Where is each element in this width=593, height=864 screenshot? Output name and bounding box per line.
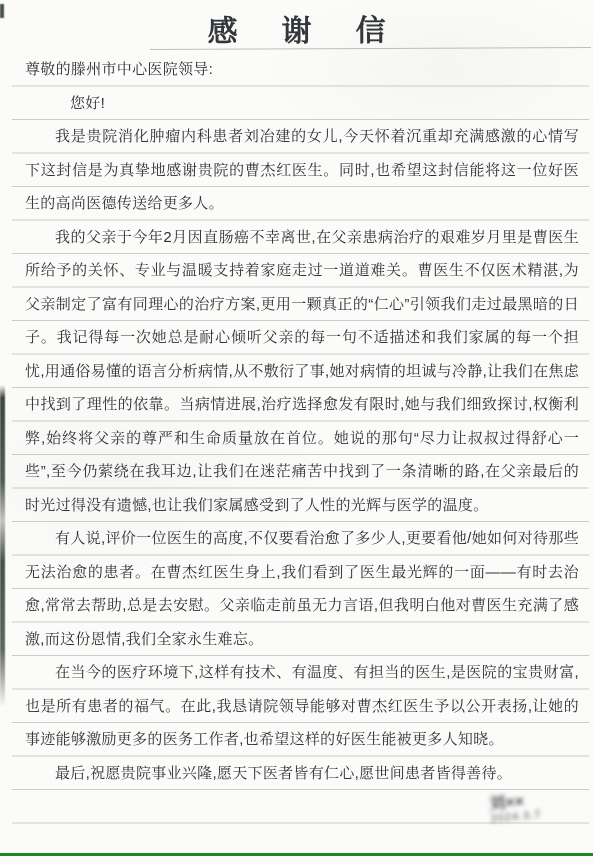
scan-artifact-left-edge bbox=[0, 385, 5, 707]
letter-paragraph-4: 在当今的医疗环境下,这样有技术、有温度、有担当的医生,是医院的宝贵财富,也是所有… bbox=[25, 656, 579, 757]
scan-artifact-top-left bbox=[0, 4, 4, 18]
letter-title: 感谢信 bbox=[0, 4, 593, 51]
salutation: 尊敬的滕州市中心医院领导: bbox=[25, 53, 579, 87]
greeting: 您好! bbox=[25, 87, 579, 121]
letter-page: 感谢信 尊敬的滕州市中心医院领导: 您好! 我是贵院消化肿瘤内科患者刘冶建的女儿… bbox=[0, 0, 593, 864]
letter-paragraph-1: 我是贵院消化肿瘤内科患者刘冶建的女儿,今天怀着沉重却充满感激的心情写下这封信是为… bbox=[25, 120, 579, 221]
letter-body: 尊敬的滕州市中心医院领导: 您好! 我是贵院消化肿瘤内科患者刘冶建的女儿,今天怀… bbox=[25, 53, 579, 790]
letter-paragraph-3: 有人说,评价一位医生的高度,不仅要看治愈了多少人,更要看他/她如何对待那些无法治… bbox=[25, 522, 579, 656]
scanner-edge-line bbox=[0, 853, 593, 856]
letter-paragraph-5: 最后,祝愿贵院事业兴隆,愿天下医者皆有仁心,愿世间患者皆得善待。 bbox=[25, 757, 579, 791]
letter-paragraph-2: 我的父亲于今年2月因直肠癌不幸离世,在父亲患病治疗的艰难岁月里是曹医生所给予的关… bbox=[25, 221, 579, 523]
signature-block: 刘×× 2024.3.7 bbox=[489, 793, 542, 826]
